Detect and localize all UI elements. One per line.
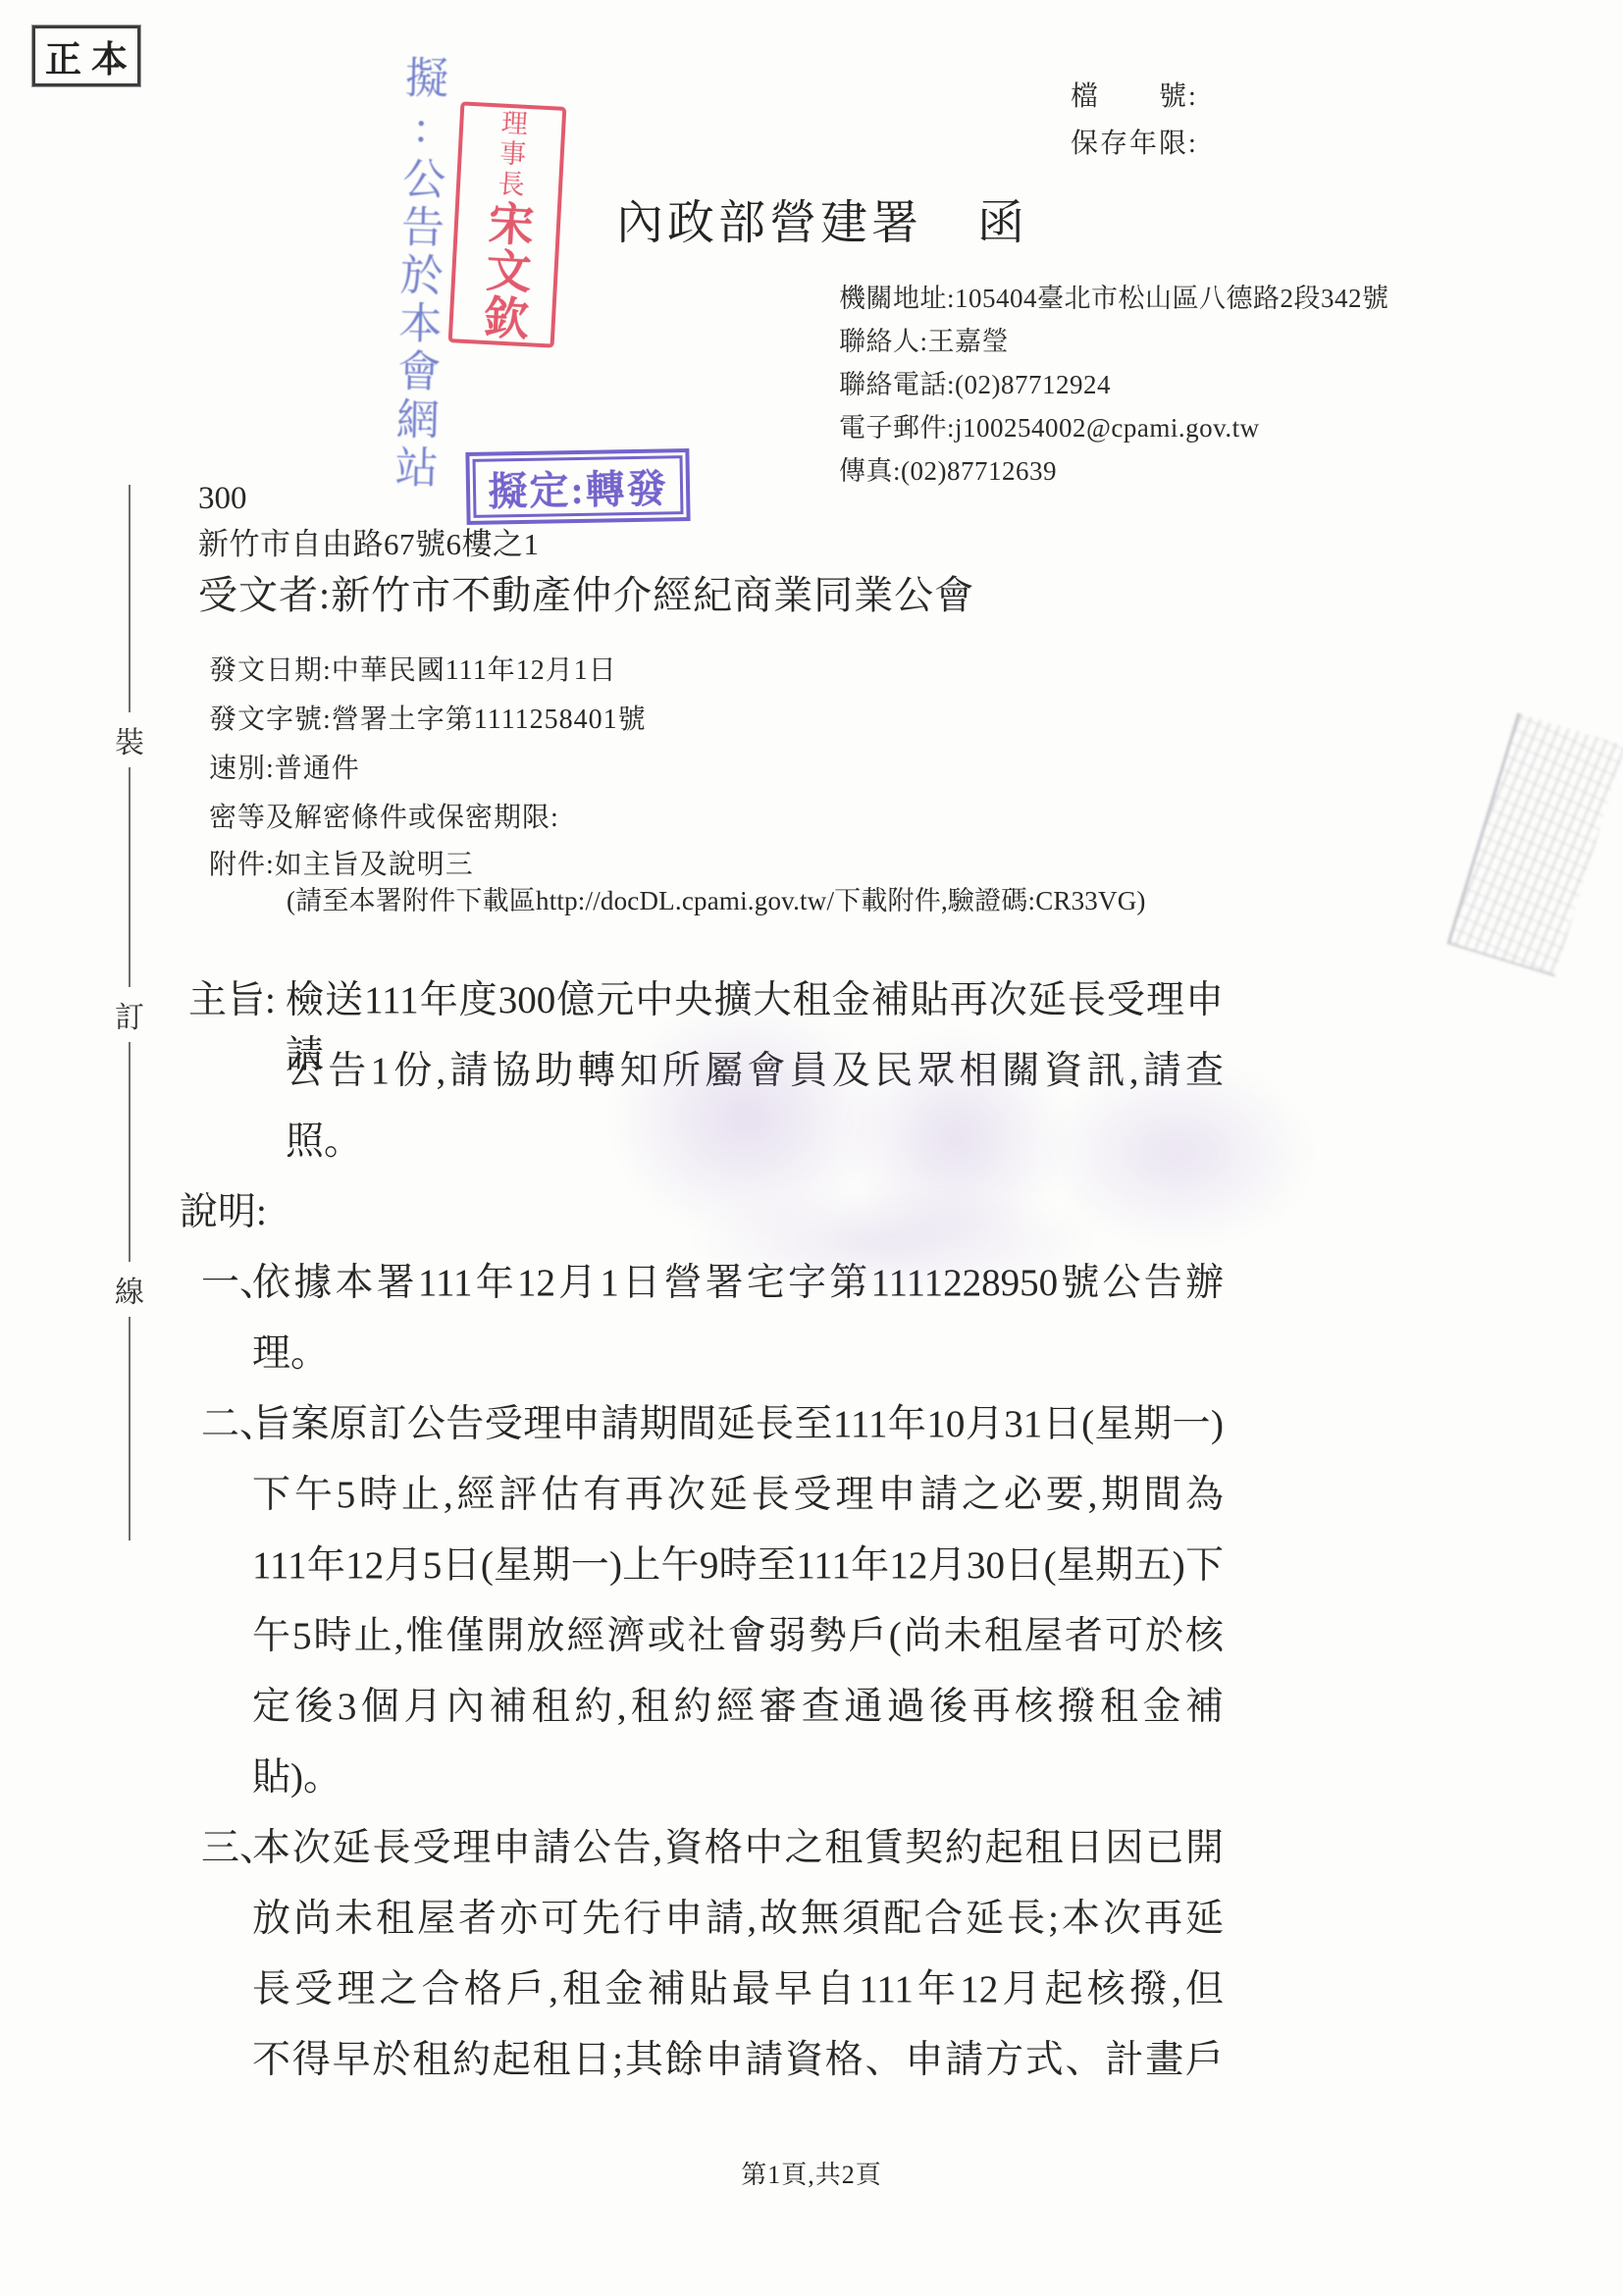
- copy-type-stamp: 正本: [32, 26, 140, 86]
- item-line: 貼)。: [252, 1747, 1224, 1801]
- binding-mark: 訂: [111, 987, 148, 1042]
- item-line: 不得早於租約起租日;其餘申請資格、申請方式、計畫戶: [252, 2029, 1224, 2084]
- scanned-official-letter: 正本 擬:公告於本會網站 理事長宋文欽 擬定:轉發 檔 號: 保存年限: 內政部…: [0, 0, 1623, 2296]
- issuing-agency: 內政部營建署: [616, 184, 922, 252]
- page-number-footer: 第1頁,共2頁: [0, 2155, 1623, 2191]
- contact-address: 機關地址:105404臺北市松山區八德路2段342號: [839, 277, 1389, 320]
- handwritten-approval-note: 擬:公告於本會網站: [378, 54, 453, 556]
- retention-period-label: 保存年限:: [1071, 122, 1198, 161]
- item-line: 午5時止,惟僅開放經濟或社會弱勢戶(尚未租屋者可於核: [252, 1605, 1224, 1660]
- binding-mark: 裝: [111, 712, 148, 767]
- recipient-address: 新竹市自由路67號6樓之1: [198, 519, 540, 563]
- item-line: 長受理之合格戶,租金補貼最早自111年12月起核撥,但: [252, 1958, 1224, 2013]
- file-number-label: 檔 號:: [1071, 75, 1198, 114]
- doc-number-line: 發文字號:營署土字第1111258401號: [209, 698, 647, 737]
- agency-contact-block: 機關地址:105404臺北市松山區八德路2段342號 聯絡人:王嘉瑩 聯絡電話:…: [839, 277, 1389, 493]
- chairman-name-stamp: 理事長宋文欽: [448, 101, 567, 347]
- recipient-line: 受文者:新竹市不動產仲介經紀商業同業公會: [198, 564, 974, 620]
- item-line: 下午5時止,經評估有再次延長受理申請之必要,期間為: [252, 1464, 1224, 1519]
- item-line: 本次延長受理申請公告,資格中之租賃契約起租日因已開: [252, 1817, 1224, 1872]
- issue-date-line: 發文日期:中華民國111年12月1日: [209, 649, 617, 688]
- subject-line: 照。: [286, 1111, 1224, 1166]
- item-line: 旨案原訂公告受理申請期間延長至111年10月31日(星期一): [252, 1393, 1224, 1448]
- action-decision-stamp-text: 擬定:轉發: [472, 455, 683, 518]
- item-line: 放尚未租屋者亦可先行申請,故無須配合延長;本次再延: [252, 1888, 1224, 1943]
- item-line: 理。: [252, 1323, 1224, 1378]
- document-type: 函: [977, 184, 1028, 252]
- attachment-line: 附件:如主旨及說明三: [209, 843, 474, 882]
- document-title: 內政部營建署 函: [616, 184, 1028, 252]
- binding-mark: 線: [111, 1262, 148, 1317]
- security-class-line: 密等及解密條件或保密期限:: [209, 796, 559, 835]
- speed-class-line: 速別:普通件: [209, 747, 360, 786]
- chairman-stamp-title: 理事長: [490, 108, 533, 201]
- explanation-label: 說明:: [180, 1181, 267, 1236]
- subject-label: 主旨:: [188, 969, 276, 1024]
- contact-fax: 傳真:(02)87712639: [839, 449, 1389, 493]
- item-line: 定後3個月內補租約,租約經審查通過後再核撥租金補: [252, 1676, 1224, 1731]
- item-line: 111年12月5日(星期一)上午9時至111年12月30日(星期五)下: [252, 1535, 1224, 1590]
- faint-received-stamp: [1447, 713, 1623, 977]
- subject-line: 公告1份,請協助轉知所屬會員及民眾相關資訊,請查: [286, 1040, 1224, 1095]
- chairman-stamp-name: 宋文欽: [469, 198, 541, 342]
- contact-email: 電子郵件:j100254002@cpami.gov.tw: [839, 406, 1389, 449]
- contact-person: 聯絡人:王嘉瑩: [839, 320, 1389, 363]
- item-line: 依據本署111年12月1日營署宅字第1111228950號公告辦: [252, 1252, 1224, 1307]
- contact-phone: 聯絡電話:(02)87712924: [839, 363, 1389, 406]
- copy-type-label: 正本: [35, 29, 137, 82]
- attachment-download-note: (請至本署附件下載區http://docDL.cpami.gov.tw/下載附件…: [287, 879, 1146, 917]
- recipient-zip: 300: [198, 481, 247, 517]
- action-decision-stamp: 擬定:轉發: [465, 448, 690, 525]
